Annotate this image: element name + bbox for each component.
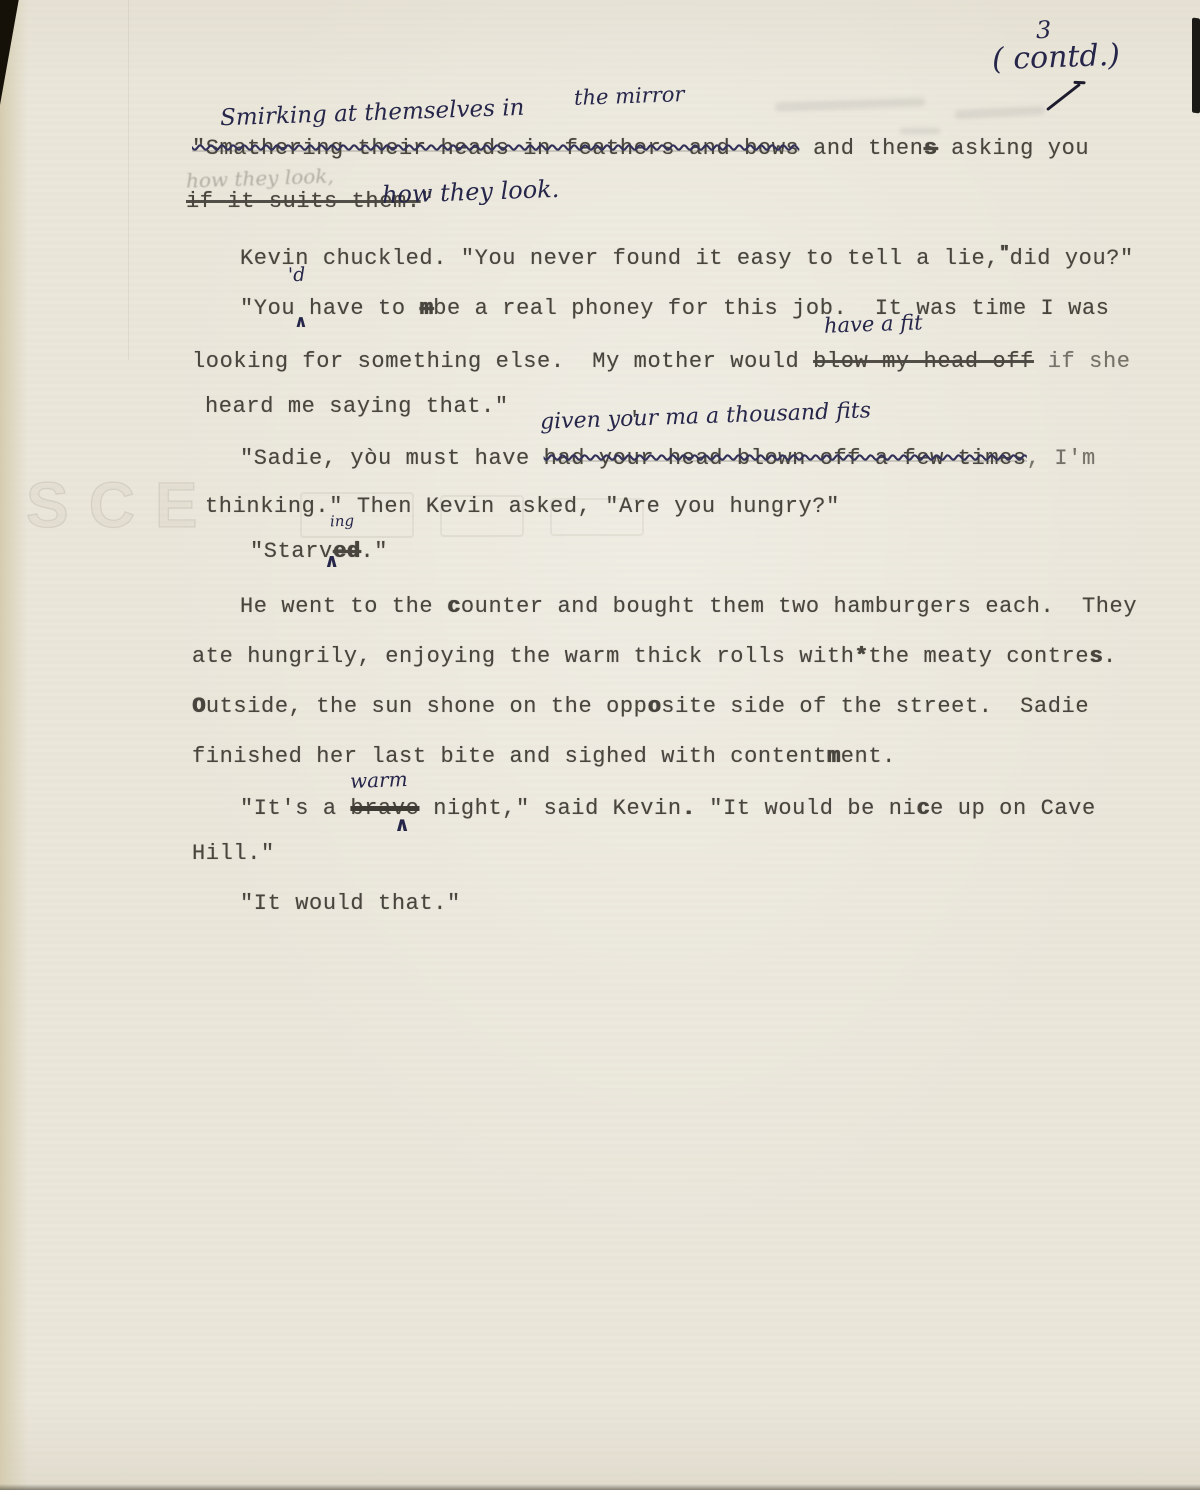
typed-text: Kevin chuckled. "You never found it easy… — [240, 246, 999, 271]
typed-text: the meaty contre — [868, 644, 1089, 669]
typed-text: and then — [799, 136, 923, 161]
struck-text: blow my head off — [813, 349, 1034, 374]
typed-line: "You have to mbe a real phoney for this … — [240, 298, 1110, 320]
typed-text: asking you — [937, 136, 1089, 161]
typed-text: "It's a — [240, 796, 350, 821]
typed-text: site side of the street. Sadie — [661, 694, 1089, 719]
typed-text: Hill." — [192, 841, 275, 866]
caret-mark: ∧ — [294, 312, 308, 332]
typed-text: ounter and bought them two hamburgers ea… — [461, 594, 1137, 619]
pencil-how-they-look: how they look, — [186, 163, 335, 192]
typed-text: looking for something else. My mother wo… — [192, 349, 813, 374]
show-through-stamp: SCE — [26, 468, 218, 542]
apostrophe-d-insert: 'd — [288, 264, 306, 287]
typed-line: Hill." — [192, 843, 275, 865]
typed-text: e up on Cave — [930, 796, 1096, 821]
typed-line: finished her last bite and sighed with c… — [192, 746, 896, 768]
smirking-note: Smirking at themselves in — [220, 95, 525, 132]
scan-bottom-edge — [0, 1484, 1200, 1490]
erased-pencil-smudge — [955, 106, 1045, 120]
typed-text: "Starv — [250, 539, 333, 564]
typed-text: c — [916, 796, 930, 821]
typed-text: c — [447, 594, 461, 619]
typed-line: heard me saying that." — [205, 396, 509, 418]
typed-text: if she — [1034, 349, 1131, 374]
typed-line: thinking." Then Kevin asked, "Are you hu… — [205, 496, 840, 518]
mirror-note: the mirror — [574, 82, 685, 110]
scan-right-edge-mark — [1192, 18, 1200, 114]
typed-text: did you?" — [1010, 246, 1134, 271]
typed-text: "You have to — [240, 296, 419, 321]
typed-text: ate hungrily, enjoying the warm thick ro… — [192, 644, 855, 669]
scan-left-edge — [0, 0, 28, 1490]
typed-text: heard me saying that." — [205, 394, 509, 419]
warm-note: warm — [350, 767, 408, 793]
erased-pencil-smudge — [775, 97, 925, 111]
ing-insert: ing — [330, 512, 355, 531]
struck-text: "Smathering their heads in feathers and … — [192, 136, 799, 161]
typed-line: "It's a brave night," said Kevin. "It wo… — [240, 798, 1096, 820]
typed-text: "It would that." — [240, 891, 461, 916]
thousand-fits-note: given your ma a thousand fits — [540, 398, 872, 435]
typed-line: "Starved." — [250, 541, 388, 563]
typed-text: ." — [360, 539, 388, 564]
typed-text: utside, the sun shone on the opp — [206, 694, 648, 719]
have-a-fit-note: have a fit — [824, 310, 923, 337]
typed-line: "Smathering their heads in feathers and … — [192, 138, 1089, 160]
struck-text: m — [419, 296, 433, 321]
contd-note: ( contd.) — [991, 38, 1120, 77]
typed-line: "Sadie, yòu must have had your head blow… — [240, 448, 1096, 470]
typed-text: thinking." Then Kevin asked, "Are you hu… — [205, 494, 840, 519]
typed-text: . — [682, 796, 696, 821]
typed-line: Kevin chuckled. "You never found it easy… — [240, 245, 1134, 270]
stray-apostrophe-mark: ' — [628, 408, 641, 433]
typed-text: . — [1103, 644, 1117, 669]
typed-text: " — [999, 243, 1010, 262]
struck-text: s — [924, 136, 938, 161]
erased-pencil-smudge — [900, 128, 940, 134]
caret-mark: ∧ — [394, 812, 410, 836]
how-they-look-note: how they look. — [382, 175, 560, 209]
typed-line: ate hungrily, enjoying the warm thick ro… — [192, 646, 1117, 668]
handwritten-arrow — [1046, 83, 1081, 111]
typed-text: ent. — [841, 744, 896, 769]
typed-text: m — [827, 744, 841, 769]
typed-line: He went to the counter and bought them t… — [240, 596, 1137, 618]
typed-line: looking for something else. My mother wo… — [192, 351, 1131, 373]
typed-text: O — [192, 694, 206, 719]
caret-mark: ∧ — [324, 550, 339, 572]
typed-text: * — [855, 644, 869, 669]
typed-text: o — [647, 694, 661, 719]
typed-text: He went to the — [240, 594, 447, 619]
typed-text: "Sadie, yòu must have — [240, 446, 544, 471]
manuscript-page: SCE "Smathering their heads in feathers … — [0, 0, 1200, 1490]
typed-text: night," said Kevin — [419, 796, 681, 821]
paper-crease — [128, 0, 129, 360]
typed-text: "It would be ni — [696, 796, 917, 821]
typed-text: s — [1089, 644, 1103, 669]
typed-text: finished her last bite and sighed with c… — [192, 744, 827, 769]
typed-line: Outside, the sun shone on the opposite s… — [192, 696, 1089, 718]
struck-text: had your head blown off a few times — [544, 446, 1027, 471]
typed-line: "It would that." — [240, 893, 461, 915]
typed-text: be a real phoney for this job. It was ti… — [433, 296, 1109, 321]
typed-text: , I'm — [1027, 446, 1096, 471]
